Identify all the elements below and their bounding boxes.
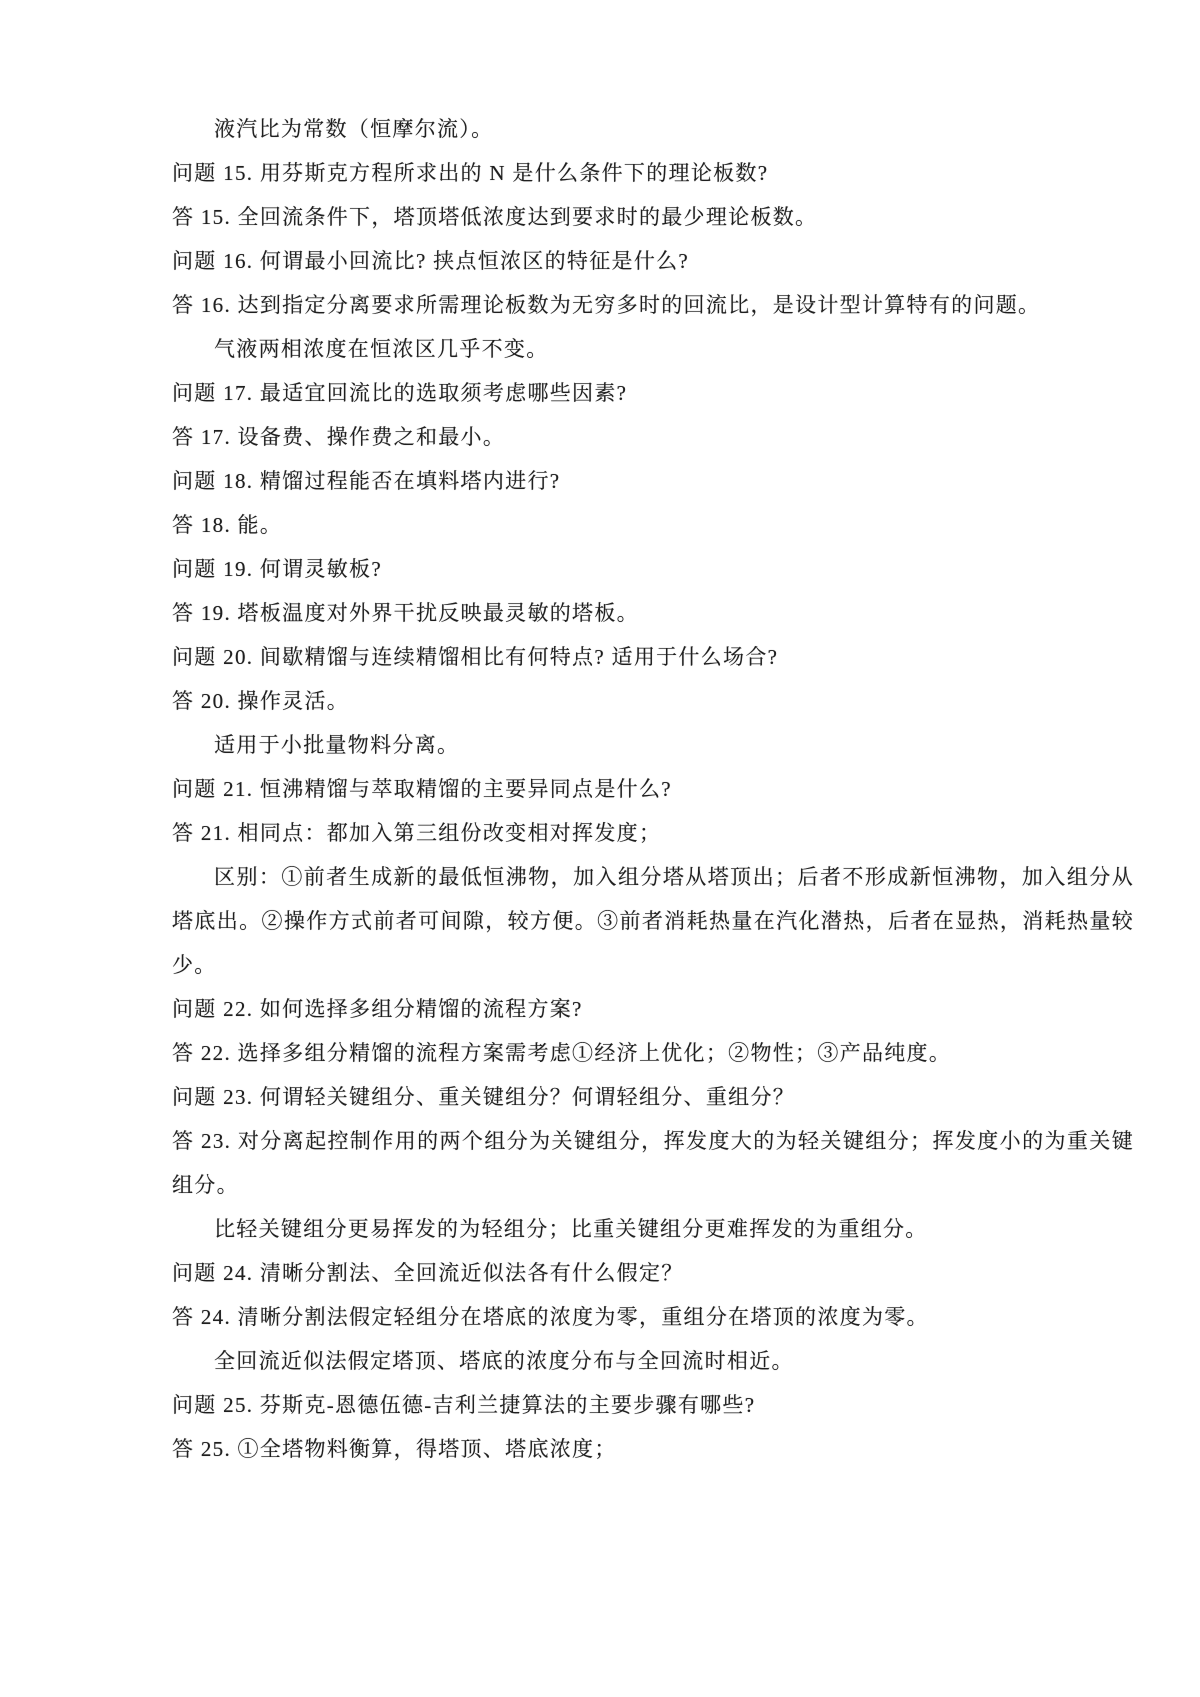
question-paragraph: 问题 19. 何谓灵敏板? [172,547,1134,591]
question-paragraph: 问题 15. 用芬斯克方程所求出的 N 是什么条件下的理论板数? [172,151,1134,195]
answer-paragraph: 答 23. 对分离起控制作用的两个组分为关键组分，挥发度大的为轻关键组分；挥发度… [172,1119,1134,1207]
question-paragraph: 问题 16. 何谓最小回流比? 挟点恒浓区的特征是什么? [172,239,1134,283]
question-paragraph: 问题 21. 恒沸精馏与萃取精馏的主要异同点是什么? [172,767,1134,811]
answer-paragraph: 答 15. 全回流条件下，塔顶塔低浓度达到要求时的最少理论板数。 [172,195,1134,239]
answer-paragraph: 答 19. 塔板温度对外界干扰反映最灵敏的塔板。 [172,591,1134,635]
answer-paragraph: 答 18. 能。 [172,503,1134,547]
question-paragraph: 问题 24. 清晰分割法、全回流近似法各有什么假定？ [172,1251,1134,1295]
continuation-paragraph: 比轻关键组分更易挥发的为轻组分；比重关键组分更难挥发的为重组分。 [172,1207,1134,1251]
question-paragraph: 问题 22. 如何选择多组分精馏的流程方案? [172,987,1134,1031]
continuation-paragraph: 区别：①前者生成新的最低恒沸物，加入组分塔从塔顶出；后者不形成新恒沸物，加入组分… [172,855,1134,987]
answer-paragraph: 答 21. 相同点：都加入第三组份改变相对挥发度； [172,811,1134,855]
answer-paragraph: 答 17. 设备费、操作费之和最小。 [172,415,1134,459]
qa-text-block: 液汽比为常数（恒摩尔流）。问题 15. 用芬斯克方程所求出的 N 是什么条件下的… [172,107,1134,1471]
continuation-paragraph: 适用于小批量物料分离。 [172,723,1134,767]
answer-paragraph: 答 20. 操作灵活。 [172,679,1134,723]
answer-paragraph: 答 25. ①全塔物料衡算，得塔顶、塔底浓度； [172,1427,1134,1471]
document-page: 液汽比为常数（恒摩尔流）。问题 15. 用芬斯克方程所求出的 N 是什么条件下的… [0,0,1200,1697]
question-paragraph: 问题 20. 间歇精馏与连续精馏相比有何特点? 适用于什么场合? [172,635,1134,679]
question-paragraph: 问题 23. 何谓轻关键组分、重关键组分？何谓轻组分、重组分？ [172,1075,1134,1119]
continuation-paragraph: 全回流近似法假定塔顶、塔底的浓度分布与全回流时相近。 [172,1339,1134,1383]
answer-paragraph: 答 22. 选择多组分精馏的流程方案需考虑①经济上优化；②物性；③产品纯度。 [172,1031,1134,1075]
answer-paragraph: 答 16. 达到指定分离要求所需理论板数为无穷多时的回流比，是设计型计算特有的问… [172,283,1134,327]
continuation-paragraph: 液汽比为常数（恒摩尔流）。 [172,107,1134,151]
answer-paragraph: 答 24. 清晰分割法假定轻组分在塔底的浓度为零，重组分在塔顶的浓度为零。 [172,1295,1134,1339]
question-paragraph: 问题 17. 最适宜回流比的选取须考虑哪些因素? [172,371,1134,415]
continuation-paragraph: 气液两相浓度在恒浓区几乎不变。 [172,327,1134,371]
question-paragraph: 问题 18. 精馏过程能否在填料塔内进行? [172,459,1134,503]
question-paragraph: 问题 25. 芬斯克-恩德伍德-吉利兰捷算法的主要步骤有哪些? [172,1383,1134,1427]
